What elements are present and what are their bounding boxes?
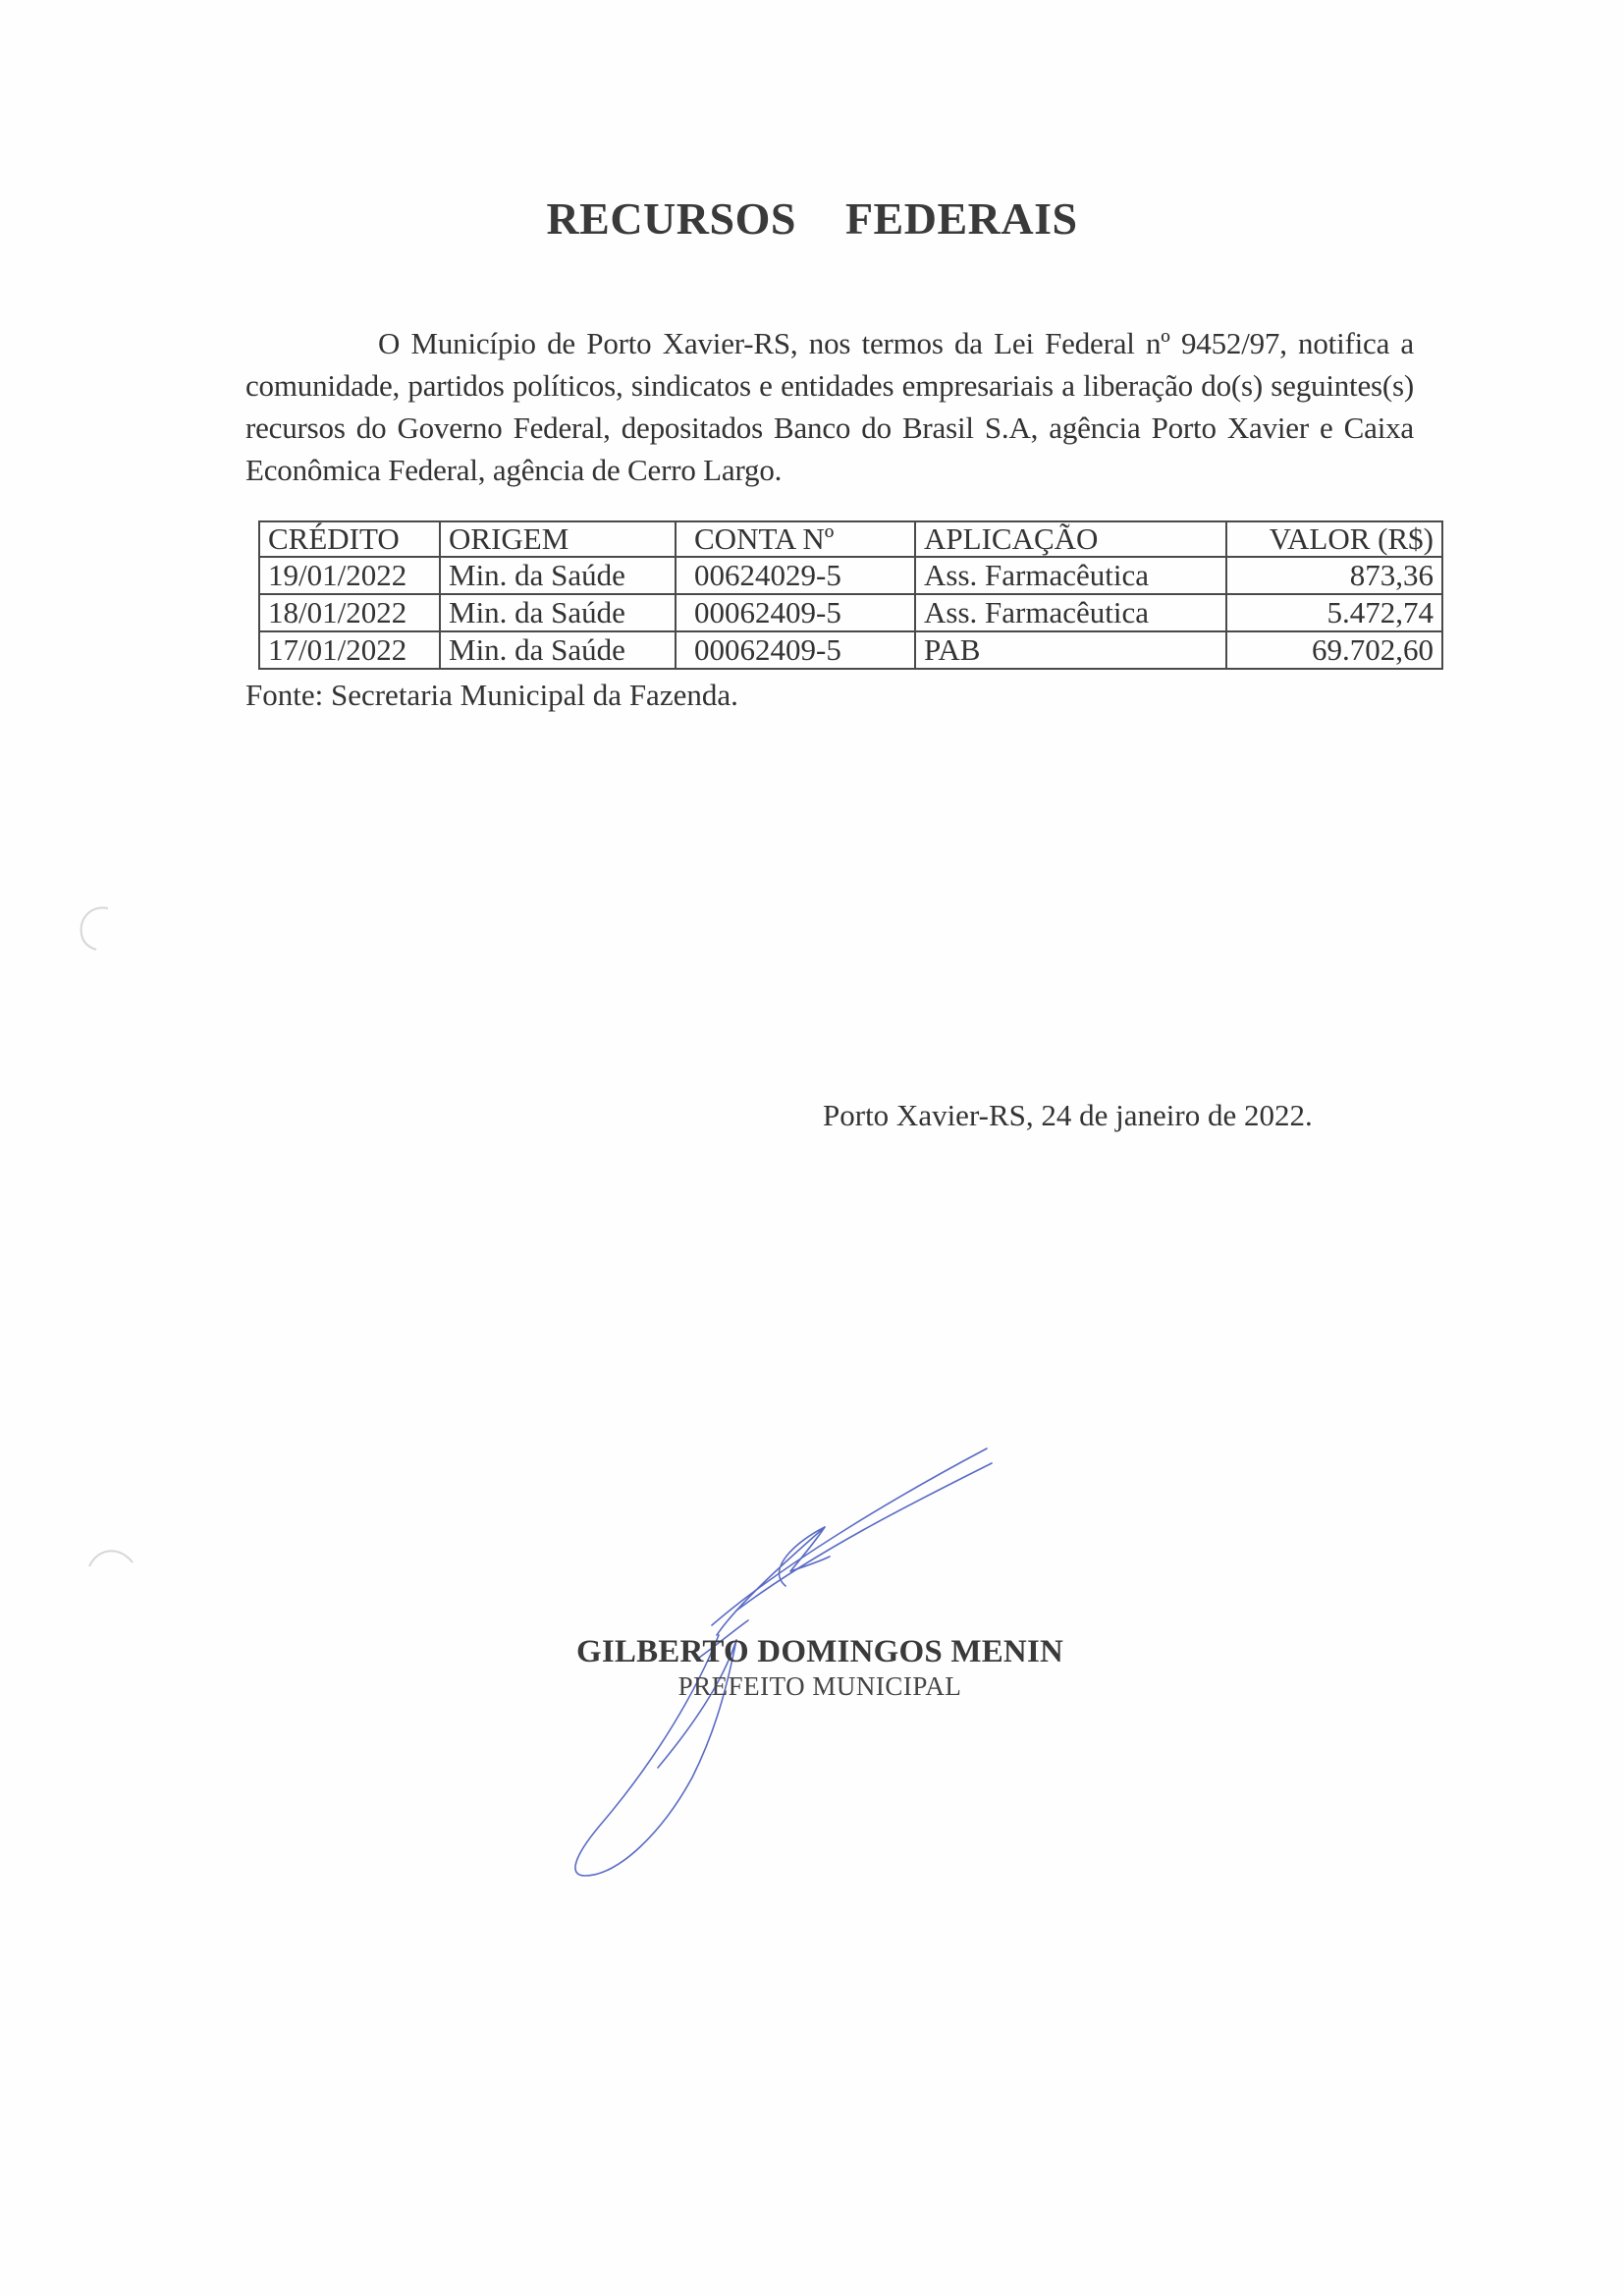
place-and-date: Porto Xavier-RS, 24 de janeiro de 2022. bbox=[823, 1098, 1313, 1133]
column-header-credito: CRÉDITO bbox=[259, 521, 440, 557]
cell-valor: 5.472,74 bbox=[1226, 594, 1442, 631]
source-note: Fonte: Secretaria Municipal da Fazenda. bbox=[245, 678, 738, 713]
cell-conta: 00062409-5 bbox=[676, 631, 915, 669]
punch-hole-mark-icon bbox=[69, 899, 128, 957]
table-row: 19/01/2022 Min. da Saúde 00624029-5 Ass.… bbox=[259, 557, 1442, 594]
table-row: 18/01/2022 Min. da Saúde 00062409-5 Ass.… bbox=[259, 594, 1442, 631]
punch-hole-mark-icon bbox=[83, 1537, 142, 1576]
cell-origem: Min. da Saúde bbox=[440, 594, 676, 631]
column-header-valor: VALOR (R$) bbox=[1226, 521, 1442, 557]
intro-paragraph: O Município de Porto Xavier-RS, nos term… bbox=[245, 322, 1414, 491]
cell-origem: Min. da Saúde bbox=[440, 557, 676, 594]
column-header-origem: ORIGEM bbox=[440, 521, 676, 557]
cell-valor: 69.702,60 bbox=[1226, 631, 1442, 669]
document-page: RECURSOS FEDERAIS O Município de Porto X… bbox=[0, 0, 1624, 2296]
cell-aplicacao: PAB bbox=[915, 631, 1226, 669]
cell-aplicacao: Ass. Farmacêutica bbox=[915, 594, 1226, 631]
column-header-aplicacao: APLICAÇÃO bbox=[915, 521, 1226, 557]
document-title: RECURSOS FEDERAIS bbox=[0, 192, 1624, 245]
cell-aplicacao: Ass. Farmacêutica bbox=[915, 557, 1226, 594]
column-header-conta: CONTA Nº bbox=[676, 521, 915, 557]
table-row: 17/01/2022 Min. da Saúde 00062409-5 PAB … bbox=[259, 631, 1442, 669]
signatory-role: PREFEITO MUNICIPAL bbox=[575, 1671, 1064, 1702]
cell-credito: 17/01/2022 bbox=[259, 631, 440, 669]
federal-resources-table: CRÉDITO ORIGEM CONTA Nº APLICAÇÃO VALOR … bbox=[258, 520, 1443, 670]
cell-valor: 873,36 bbox=[1226, 557, 1442, 594]
cell-credito: 19/01/2022 bbox=[259, 557, 440, 594]
cell-conta: 00624029-5 bbox=[676, 557, 915, 594]
cell-credito: 18/01/2022 bbox=[259, 594, 440, 631]
cell-conta: 00062409-5 bbox=[676, 594, 915, 631]
signatory-name: GILBERTO DOMINGOS MENIN bbox=[575, 1634, 1064, 1670]
table-header-row: CRÉDITO ORIGEM CONTA Nº APLICAÇÃO VALOR … bbox=[259, 521, 1442, 557]
cell-origem: Min. da Saúde bbox=[440, 631, 676, 669]
